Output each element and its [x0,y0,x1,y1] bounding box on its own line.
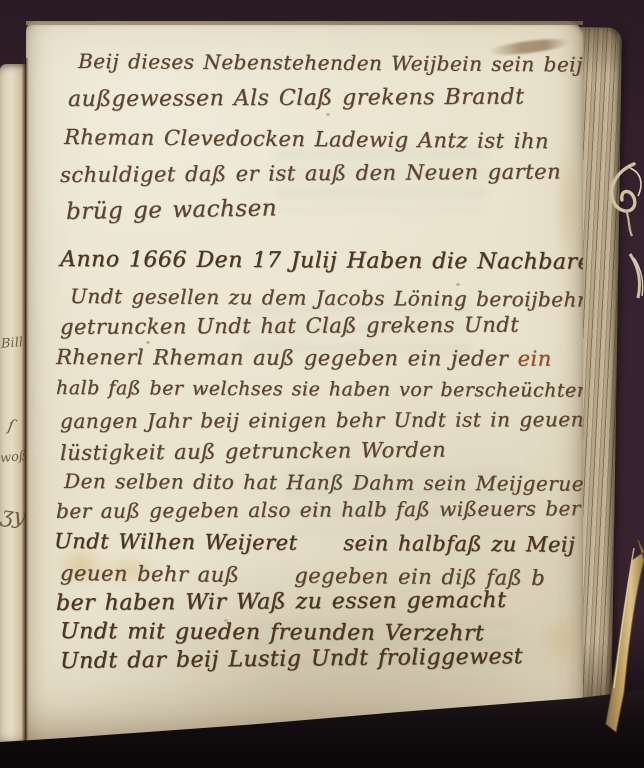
handwriting-line: gangen Jahr beij einigen behr Undt ist i… [60,407,584,433]
page-stain [538,613,582,667]
handwriting-line: geuen behr auß gegeben ein diß faß b [60,561,545,590]
handwriting-line: Rheman Clevedocken Ladewig Antz ist ihn [64,125,549,153]
line-text: Rheman Clevedocken Ladewig Antz ist ihn [64,125,549,153]
handwriting-line: Undt dar beij Lustig Undt froliggewest [60,644,523,674]
handwriting-line: Den selben dito hat Hanß Dahm sein Meijg… [64,469,598,496]
line-text: gangen Jahr beij einigen behr Undt ist i… [60,407,584,433]
line-text: geuen behr auß gegeben ein diß faß b [60,561,545,590]
line-text: Undt Wilhen Weijeret sein halbfaß zu Mei… [54,529,575,557]
line-text: Den selben dito hat Hanß Dahm sein Meijg… [64,469,598,496]
handwriting-line: Beij dieses Nebenstehenden Weijbein sein… [78,49,583,77]
line-text: halb faß ber welchses sie haben vor bers… [56,377,590,402]
red-ink-word: ein [517,347,551,371]
handwriting-line: lüstigkeit auß getruncken Worden [60,438,446,465]
line-text: Undt gesellen zu dem Jacobs Löning beroi… [70,284,587,312]
line-text: Undt dar beij Lustig Undt froliggewest [60,644,523,674]
handwriting-line: Undt gesellen zu dem Jacobs Löning beroi… [70,284,587,312]
line-text: Rhenerl Rheman auß gegeben ein jeder [56,345,518,371]
line-text: lüstigkeit auß getruncken Worden [60,438,446,465]
line-text: Undt mit gueden freunden Verzehrt [60,619,484,646]
line-text: brüg ge wachsen [66,195,277,225]
handwriting-line: schuldiget daß er ist auß den Neuen gart… [60,160,561,187]
marginalia-fragment: Bill [1,335,24,352]
manuscript-photograph: Bill ſ woß ʒy Beij dieses Nebenstehenden… [0,0,644,768]
line-text: ber haben Wir Waß zu essen gemacht [56,588,507,616]
handwriting-line: Undt mit gueden freunden Verzehrt [60,619,484,646]
handwriting-line: Rhenerl Rheman auß gegeben ein jeder ein [56,345,552,371]
handwriting-line: brüg ge wachsen [66,195,277,225]
foxing-speck [146,341,150,344]
line-text: Anno 1666 Den 17 Julij Haben die Nachbar… [60,247,606,275]
line-text: ber auß gegeben also ein halb faß wißeue… [56,496,581,523]
handwriting-line: Undt Wilhen Weijeret sein halbfaß zu Mei… [54,529,575,557]
foxing-speck [326,113,330,116]
frayed-thread [600,158,644,308]
manuscript-page: Beij dieses Nebenstehenden Weijbein sein… [26,21,583,743]
bookmark-ribbon [592,538,644,738]
handwriting-line: ber auß gegeben also ein halb faß wißeue… [56,496,581,523]
line-text: getruncken Undt hat Claß grekens Undt [60,313,519,339]
page-top-edge [26,21,583,25]
handwriting-line: Anno 1666 Den 17 Julij Haben die Nachbar… [60,247,606,275]
handwriting-line: getruncken Undt hat Claß grekens Undt [60,313,519,339]
line-text: Beij dieses Nebenstehenden Weijbein sein… [78,49,583,77]
marginalia-fragment: ſ [6,416,15,436]
gutter-crease [22,58,29,746]
handwriting-line: ber haben Wir Waß zu essen gemacht [56,588,507,616]
foxing-speck [456,283,460,286]
handwriting-line: halb faß ber welchses sie haben vor bers… [56,377,590,402]
handwriting-line: außgewessen Als Claß grekens Brandt [68,85,525,112]
line-text: außgewessen Als Claß grekens Brandt [68,85,525,112]
line-text: schuldiget daß er ist auß den Neuen gart… [60,160,561,187]
